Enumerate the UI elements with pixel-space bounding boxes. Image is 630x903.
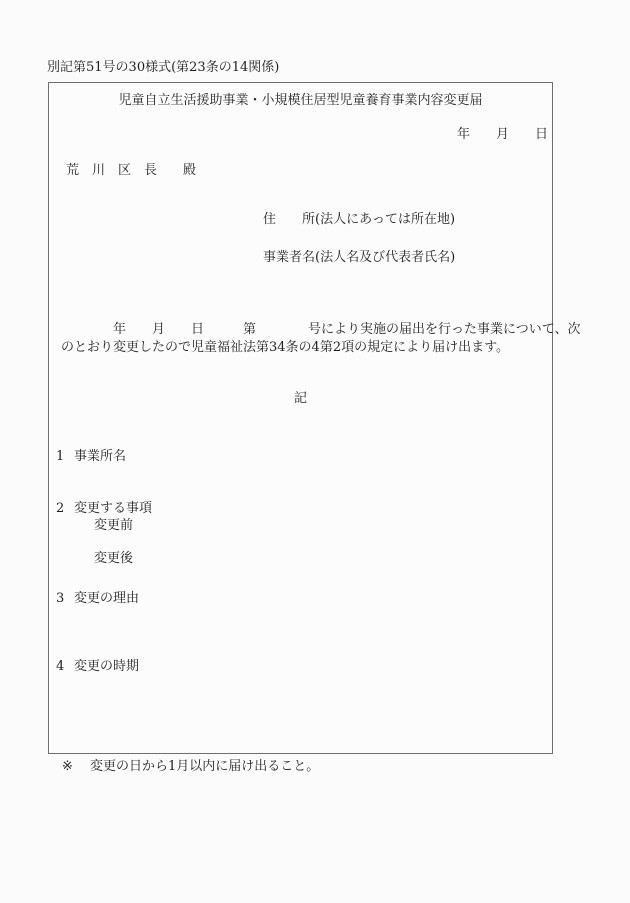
item-business-name: 1 事業所名 xyxy=(56,449,126,464)
item-label: 変更の理由 xyxy=(74,591,139,606)
item-label: 変更の時期 xyxy=(74,659,139,674)
body-paragraph-line2: のとおり変更したので児童福祉法第34条の4第2項の規定により届け出ます。 xyxy=(61,340,509,355)
item-change-date: 4 変更の時期 xyxy=(56,659,139,674)
footer-note-marker: ※ xyxy=(62,759,73,774)
body-paragraph-line1: 年 月 日 第 号により実施の届出を行った事業について、次 xyxy=(61,322,580,337)
item-number: 4 xyxy=(56,659,74,674)
sub-label-before-change: 変更前 xyxy=(94,518,133,533)
item-label: 事業所名 xyxy=(74,449,126,464)
operator-name-label: 事業者名(法人名及び代表者氏名) xyxy=(263,250,455,265)
footer-note: 変更の日から1月以内に届け出ること。 xyxy=(90,759,319,774)
item-change-reason: 3 変更の理由 xyxy=(56,591,139,606)
addressee-line: 荒 川 区 長 殿 xyxy=(66,163,196,178)
item-changed-matters: 2 変更する事項 xyxy=(56,501,152,516)
item-label: 変更する事項 xyxy=(74,501,152,516)
address-label: 住 所(法人にあっては所在地) xyxy=(263,212,455,227)
item-number: 1 xyxy=(56,449,74,464)
ki-heading: 記 xyxy=(49,391,552,406)
form-border-box: 児童自立生活援助事業・小規模住居型児童養育事業内容変更届 年 月 日 荒 川 区… xyxy=(48,82,553,754)
form-title: 児童自立生活援助事業・小規模住居型児童養育事業内容変更届 xyxy=(49,93,552,108)
date-blank-line: 年 月 日 xyxy=(457,127,548,142)
sub-label-after-change: 変更後 xyxy=(94,551,133,566)
item-number: 3 xyxy=(56,591,74,606)
item-number: 2 xyxy=(56,501,74,516)
document-page: 別記第51号の30様式(第23条の14関係) 児童自立生活援助事業・小規模住居型… xyxy=(0,0,630,903)
form-number: 別記第51号の30様式(第23条の14関係) xyxy=(47,60,279,75)
